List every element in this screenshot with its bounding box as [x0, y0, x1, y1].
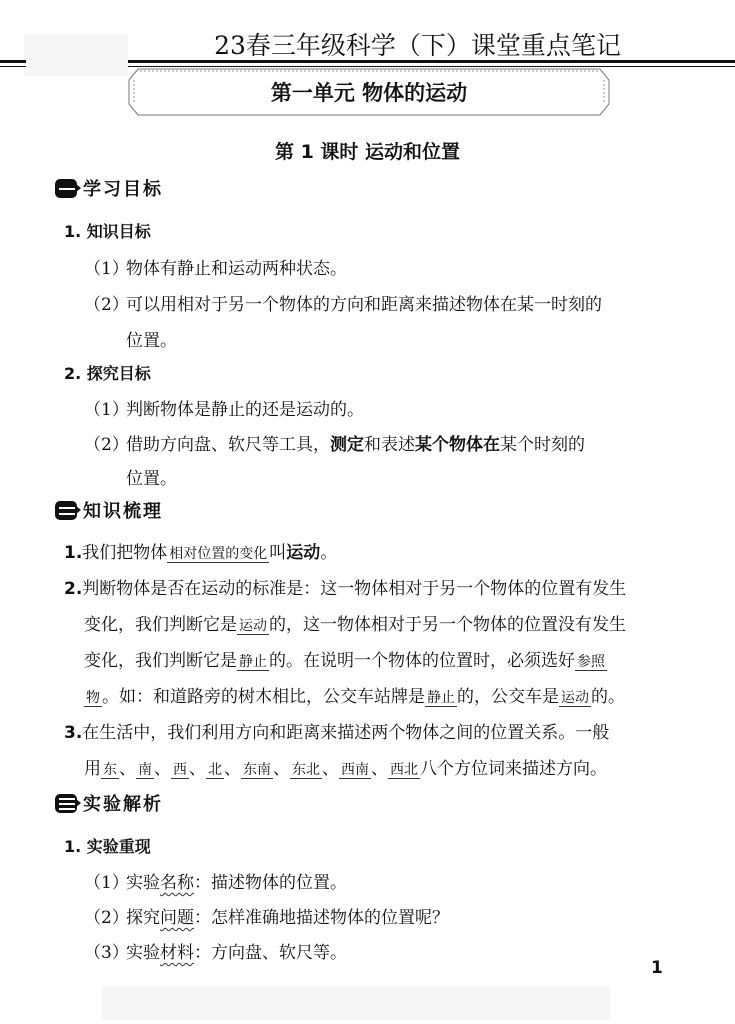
header-rule-thin	[128, 66, 735, 67]
knowledge-point-2: 2.判断物体是否在运动的标准是：这一物体相对于另一个物体的位置有发生	[64, 574, 626, 599]
knowledge-point-1: 1.我们把物体相对位置的变化叫运动。	[64, 538, 337, 563]
knowledge-point-2-line: 物。如：和道路旁的树木相比，公交车站牌是静止的，公交车是运动的。	[84, 682, 625, 707]
knowledge-point-3-line: 用东、南、西、北、东南、东北、西南、西北八个方位词来描述方向。	[84, 754, 607, 779]
knowledge-point-2-line: 变化，我们判断它是静止的。在说明一个物体的位置时，必须选好参照	[84, 646, 607, 671]
section-heading-knowledge: 知识梳理	[55, 497, 163, 523]
lesson-title: 第 1 课时 运动和位置	[0, 137, 735, 164]
unit-banner: 第一单元 物体的运动	[128, 68, 610, 116]
answer-blank: 参照	[575, 654, 607, 671]
section-title: 知识梳理	[83, 497, 163, 523]
answer-blank: 北	[206, 762, 224, 779]
list-item-continuation: 位置。	[126, 464, 177, 489]
section-title: 实验解析	[83, 790, 163, 816]
answer-blank: 运动	[237, 618, 269, 635]
list-item: （2）借助方向盘、软尺等工具，测定和表述某个物体在某个时刻的	[84, 430, 585, 455]
knowledge-point-3: 3.在生活中，我们利用方向和距离来描述两个物体之间的位置关系。一般	[64, 718, 609, 743]
header-rule	[128, 60, 735, 63]
answer-blank: 运动	[559, 690, 591, 707]
answer-blank: 西	[171, 762, 189, 779]
section-badge-icon	[55, 501, 77, 520]
header-rule-left	[0, 60, 26, 63]
list-item: （2）探究问题：怎样准确地描述物体的位置呢？	[84, 903, 449, 928]
answer-blank: 静止	[425, 690, 457, 707]
header-rule-left-thin	[0, 66, 26, 67]
answer-blank: 物	[84, 690, 102, 707]
answer-blank: 南	[136, 762, 154, 779]
list-item: （2）可以用相对于另一个物体的方向和距离来描述物体在某一时刻的	[84, 290, 602, 315]
list-item: （1）物体有静止和运动两种状态。	[84, 254, 347, 279]
answer-blank: 静止	[237, 654, 269, 671]
list-item-continuation: 位置。	[126, 326, 177, 351]
knowledge-goals-heading: 1. 知识目标	[64, 219, 151, 242]
inquiry-goals-heading: 2. 探究目标	[64, 361, 151, 384]
page-number: 1	[651, 958, 663, 978]
answer-blank: 东南	[241, 762, 273, 779]
section-badge-icon	[55, 794, 77, 813]
list-item: （3）实验材料：方向盘、软尺等。	[84, 938, 347, 963]
answer-blank: 西北	[388, 762, 420, 779]
header-title: 23春三年级科学（下）课堂重点笔记	[0, 26, 735, 62]
section-heading-experiment: 实验解析	[55, 790, 163, 816]
footer-gray-block	[102, 986, 610, 1020]
section-badge-icon	[55, 179, 77, 198]
unit-title: 第一单元 物体的运动	[128, 77, 610, 107]
section-title: 学习目标	[83, 175, 163, 201]
answer-blank: 东北	[290, 762, 322, 779]
list-item: （1）实验名称：描述物体的位置。	[84, 868, 347, 893]
experiment-heading: 1. 实验重现	[64, 834, 151, 857]
answer-blank: 相对位置的变化	[167, 546, 269, 563]
section-heading-goals: 学习目标	[55, 175, 163, 201]
list-item: （1）判断物体是静止的还是运动的。	[84, 395, 364, 420]
answer-blank: 西南	[339, 762, 371, 779]
answer-blank: 东	[101, 762, 119, 779]
knowledge-point-2-line: 变化，我们判断它是运动的，这一物体相对于另一个物体的位置没有发生	[84, 610, 626, 635]
